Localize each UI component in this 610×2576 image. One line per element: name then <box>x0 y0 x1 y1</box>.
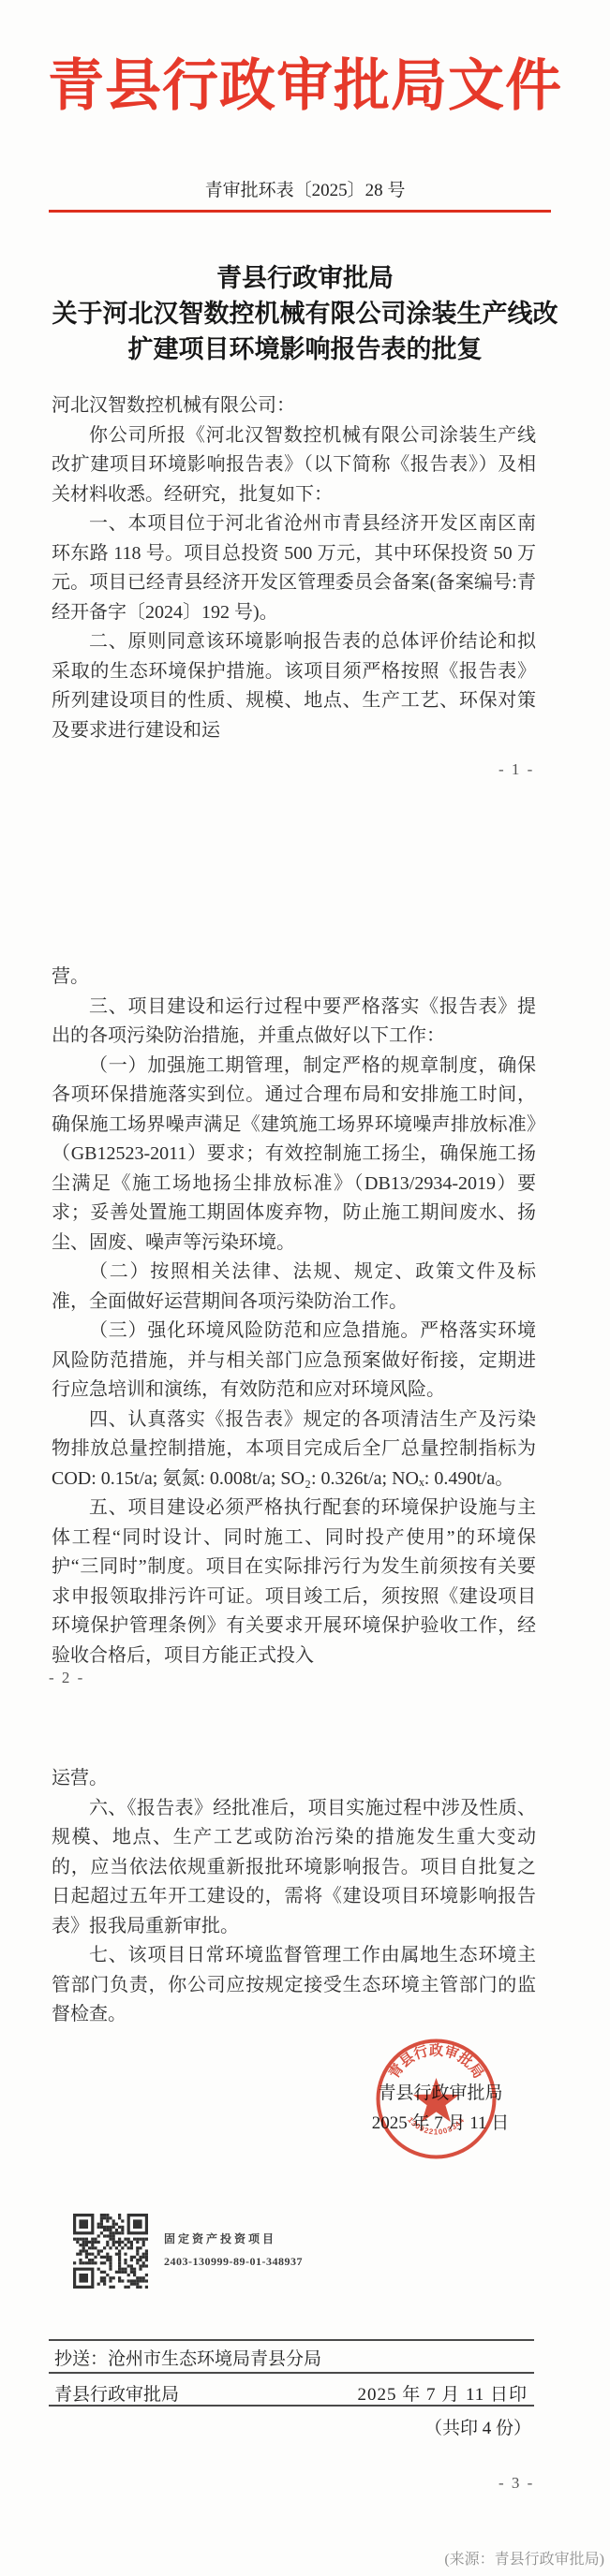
doc-number: 青审批环表〔2025〕28 号 <box>0 176 610 201</box>
body-paragraph: 营。 <box>52 963 536 993</box>
source-credit: (来源：青县行政审批局) <box>444 2547 604 2569</box>
seal-star-icon <box>413 2078 459 2122</box>
page-body-2: 营。三、项目建设和运行过程中要严格落实《报告表》提出的各项污染防治措施，并重点做… <box>52 963 536 1671</box>
seal-arc-text: 青县行政审批局 <box>386 2041 486 2082</box>
body-paragraph: 五、项目建设必须严格执行配套的环境保护设施与主体工程“同时设计、同时施工、同时投… <box>52 1494 536 1671</box>
body-paragraph: 七、该项目日常环境监督管理工作由属地生态环境主管部门负责，你公司应按规定接受生态… <box>52 1941 536 2030</box>
official-seal: 青县行政审批局 1309221003344 <box>373 2036 499 2162</box>
print-date: 2025 年 7 月 11 日印 <box>357 2380 528 2406</box>
seal-code: 1309221003344 <box>406 2115 466 2136</box>
page-body-3: 运营。六、《报告表》经批准后，项目实施过程中涉及性质、规模、地点、生产工艺或防治… <box>52 1764 536 2030</box>
body-paragraph: 二、原则同意该环境影响报告表的总体评价结论和拟采取的生态环境保护措施。该项目须严… <box>52 627 536 745</box>
issuer-name: 青县行政审批局 <box>54 2380 179 2406</box>
body-paragraph: 一、本项目位于河北省沧州市青县经济开发区南区南环东路 118 号。项目总投资 5… <box>52 509 536 627</box>
cc-line: 抄送：沧州市生态环境局青县分局 <box>54 2345 321 2370</box>
body-paragraph: 六、《报告表》经批准后，项目实施过程中涉及性质、规模、地点、生产工艺或防治污染的… <box>52 1794 536 1942</box>
svg-text:青县行政审批局: 青县行政审批局 <box>386 2041 486 2082</box>
document-page: 青县行政审批局文件 青审批环表〔2025〕28 号 青县行政审批局 关于河北汉智… <box>0 0 610 2576</box>
footer-divider-top <box>49 2339 534 2341</box>
body-paragraph: 你公司所报《河北汉智数控机械有限公司涂装生产线改扩建项目环境影响报告表》（以下简… <box>52 421 536 510</box>
copies-note: （共印 4 份） <box>424 2414 531 2439</box>
red-divider <box>49 210 551 213</box>
qr-label: 固定资产投资项目 <box>164 2230 276 2246</box>
document-title: 青县行政审批局 关于河北汉智数控机械有限公司涂装生产线改 扩建项目环境影响报告表… <box>28 260 582 367</box>
footer-divider-middle <box>49 2372 534 2374</box>
page-number-2: - 2 - <box>49 1669 84 1687</box>
body-paragraph: 三、项目建设和运行过程中要严格落实《报告表》提出的各项污染防治措施，并重点做好以… <box>52 993 536 1052</box>
page-number-1: - 1 - <box>498 760 534 779</box>
body-paragraph: （三）强化环境风险防范和应急措施。严格落实环境风险防范措施，并与相关部门应急预案… <box>52 1317 536 1406</box>
body-paragraph: 四、认真落实《报告表》规定的各项清洁生产及污染物排放总量控制措施，本项目完成后全… <box>52 1406 536 1494</box>
page-body-1: 河北汉智数控机械有限公司：你公司所报《河北汉智数控机械有限公司涂装生产线改扩建项… <box>52 391 536 745</box>
body-paragraph: （二）按照相关法律、法规、规定、政策文件及标准，全面做好运营期间各项污染防治工作… <box>52 1258 536 1317</box>
body-paragraph: 河北汉智数控机械有限公司： <box>52 391 536 421</box>
body-paragraph: 运营。 <box>52 1764 536 1794</box>
page-number-3: - 3 - <box>498 2474 534 2493</box>
document-title-line1: 青县行政审批局 <box>28 260 582 296</box>
document-title-line3: 扩建项目环境影响报告表的批复 <box>28 331 582 367</box>
body-paragraph: （一）加强施工期管理，制定严格的规章制度，确保各项环保措施落实到位。通过合理布局… <box>52 1052 536 1259</box>
red-header-title: 青县行政审批局文件 <box>0 41 610 122</box>
document-title-line2: 关于河北汉智数控机械有限公司涂装生产线改 <box>28 296 582 331</box>
svg-text:1309221003344: 1309221003344 <box>406 2115 466 2136</box>
footer-divider-bottom <box>49 2405 534 2407</box>
qr-code <box>73 2214 148 2289</box>
qr-project-code: 2403-130999-89-01-348937 <box>164 2255 303 2269</box>
